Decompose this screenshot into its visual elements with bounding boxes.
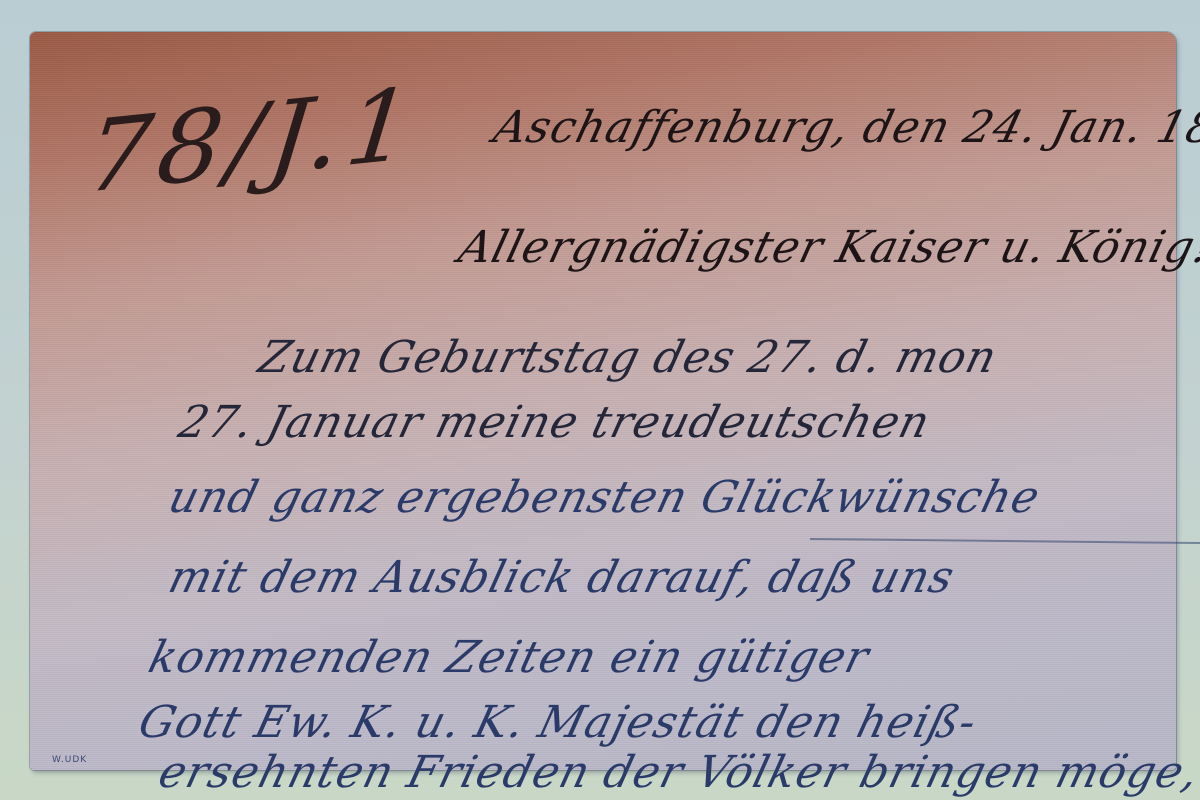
body-line: kommenden Zeiten ein gütiger bbox=[144, 632, 875, 683]
body-line: ersehnten Frieden der Völker bringen mög… bbox=[154, 747, 1200, 798]
body-line: Gott Ew. K. u. K. Majestät den heiß- bbox=[134, 697, 983, 748]
body-line: mit dem Ausblick darauf, daß uns bbox=[164, 552, 960, 603]
body-line: 27. Januar meine treudeutschen bbox=[174, 397, 936, 448]
body-line: und ganz ergebensten Glückwünsche bbox=[164, 472, 1046, 523]
letter-card: 78/J.1 Aschaffenburg, den 24. Jan. 18. A… bbox=[30, 32, 1176, 770]
reference-number: 78/J.1 bbox=[81, 65, 424, 215]
dateline: Aschaffenburg, den 24. Jan. 18. bbox=[489, 102, 1200, 153]
printer-mark: W.UDK bbox=[52, 755, 87, 765]
ruled-line bbox=[810, 538, 1200, 544]
body-line: Zum Geburtstag des 27. d. mon bbox=[254, 332, 1003, 383]
salutation: Allergnädigster Kaiser u. König! bbox=[454, 222, 1200, 273]
